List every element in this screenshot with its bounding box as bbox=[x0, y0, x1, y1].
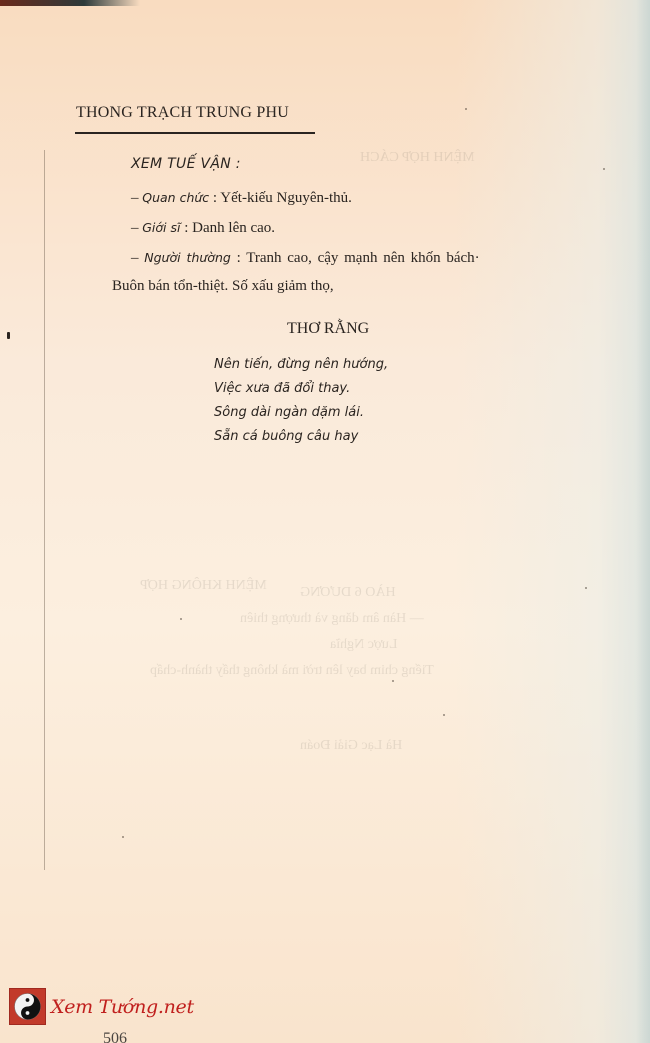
margin-mark bbox=[7, 332, 10, 339]
paper-speck bbox=[443, 714, 445, 716]
entry-text: Tranh cao, cậy mạnh nên khốn bách· bbox=[246, 250, 479, 266]
continuation-line: Buôn bán tổn-thiệt. Số xấu giảm thọ, bbox=[112, 278, 334, 295]
entry-line: – Người thường : Tranh cao, cậy mạnh nên… bbox=[131, 250, 480, 267]
running-head: THONG TRẠCH TRUNG PHU bbox=[76, 104, 289, 122]
running-head-underline bbox=[75, 132, 315, 134]
poem-line: Sẵn cá buông câu hay bbox=[214, 429, 358, 444]
scanned-page: HÀO 6 DƯƠNG — Hàn âm dăng và thượng thiê… bbox=[0, 0, 650, 1043]
yin-yang-icon bbox=[10, 989, 45, 1024]
watermark: Xem Tướng.net bbox=[10, 989, 194, 1024]
bleed-through-text: Lược Nghĩa bbox=[330, 637, 397, 653]
bleed-through-text: Tiếng chim bay lên trời mà không thấy th… bbox=[150, 663, 434, 679]
entry-label: Giới sĩ bbox=[142, 220, 180, 235]
watermark-text: Xem Tướng.net bbox=[51, 996, 194, 1018]
poem-line: Sông dài ngàn dặm lái. bbox=[214, 405, 364, 420]
entry-separator: : bbox=[209, 190, 220, 206]
scan-edge-shadow bbox=[0, 0, 140, 6]
section-title: XEM TUẾ VẬN : bbox=[131, 156, 241, 172]
page-number: 506 bbox=[103, 1030, 127, 1043]
entry-separator: : bbox=[231, 250, 246, 266]
entry-text: Danh lên cao. bbox=[192, 220, 275, 236]
bleed-through-text: MỆNH HỢP CÁCH bbox=[360, 150, 475, 166]
bleed-through-text: — Hàn âm dăng và thượng thiên bbox=[240, 611, 424, 627]
bleed-through-text: Hà Lạc Giải Đoán bbox=[300, 738, 402, 754]
entry-label: Người thường bbox=[144, 250, 231, 265]
poem-title: THƠ RẰNG bbox=[287, 320, 369, 338]
entry-separator: : bbox=[181, 220, 193, 236]
page-fold-line bbox=[44, 150, 45, 870]
poem-line: Nên tiến, đừng nên hướng, bbox=[214, 357, 388, 372]
paper-speck bbox=[122, 836, 124, 838]
paper-speck bbox=[180, 618, 182, 620]
entry-label: Quan chức bbox=[142, 190, 209, 205]
entry-line: – Giới sĩ : Danh lên cao. bbox=[131, 220, 275, 237]
right-edge-shadow bbox=[636, 0, 650, 1043]
paper-speck bbox=[465, 108, 467, 110]
entry-dash: – bbox=[131, 220, 139, 236]
paper-speck bbox=[585, 587, 587, 589]
entry-dash: – bbox=[131, 190, 139, 206]
entry-line: – Quan chức : Yết-kiếu Nguyên-thủ. bbox=[131, 190, 352, 207]
entry-text: Yết-kiếu Nguyên-thủ. bbox=[220, 190, 352, 206]
paper-speck bbox=[603, 168, 605, 170]
entry-dash: – bbox=[131, 250, 139, 266]
paper-speck bbox=[392, 680, 394, 682]
bleed-through-text: MỆNH KHÔNG HỢP bbox=[140, 578, 267, 594]
poem-line: Việc xưa đã đổi thay. bbox=[214, 381, 350, 396]
bleed-through-text: HÀO 6 DƯƠNG bbox=[300, 585, 396, 601]
